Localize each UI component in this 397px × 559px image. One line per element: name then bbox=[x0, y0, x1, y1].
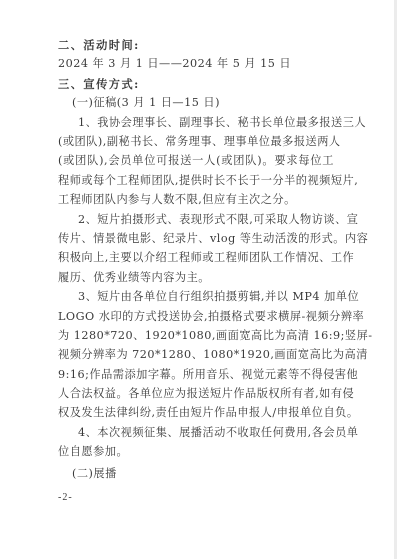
paragraph-4-line: 位自愿参加。 bbox=[58, 445, 334, 459]
paragraph-2-line: 2、短片拍摄形式、表现形式不限,可采取人物访谈、宣 bbox=[78, 213, 334, 227]
page-number: -2- bbox=[58, 492, 73, 503]
paragraph-3-line: 权及发生法律纠纷,责任由短片作品申报人/申报单位自负。 bbox=[58, 406, 334, 420]
paragraph-1-line: 1、我协会理事长、副理事长、秘书长单位最多报送三人 bbox=[78, 116, 334, 130]
paragraph-4-line: 4、本次视频征集、展播活动不收取任何费用,各会员单 bbox=[78, 426, 334, 440]
paragraph-1-line: 工程师团队内参与人数不限,但应有主次之分。 bbox=[58, 193, 334, 207]
paragraph-1-line: (或团队),副秘书长、常务理事、理事单位最多报送两人 bbox=[58, 135, 334, 149]
paragraph-3-line: 9:16;作品需添加字幕。所用音乐、视觉元素等不得侵害他 bbox=[58, 368, 334, 382]
paragraph-2-line: 履历、优秀业绩等内容为主。 bbox=[58, 271, 334, 285]
subheading-broadcast: (二)展播 bbox=[72, 467, 334, 481]
paragraph-1-line: 程师或每个工程师团队,提供时长不长于一分半的视频短片, bbox=[58, 174, 334, 188]
paragraph-3-line: 视频分辨率为 720*1280、1080*1920,画面宽高比为高清 bbox=[58, 348, 334, 362]
paragraph-1-line: (或团队),会员单位可报送一人(或团队)。要求每位工 bbox=[58, 154, 334, 168]
paragraph-2-line: 积极向上,主要以介绍工程师或工程师团队工作情况、工作 bbox=[58, 251, 334, 265]
section-heading-promotion: 三、宣传方式: bbox=[58, 77, 334, 91]
section-heading-activity-time: 二、活动时间: bbox=[58, 38, 334, 52]
paragraph-3-line: 人合法权益。各单位应为报送短片作品版权所有者,如有侵 bbox=[58, 387, 334, 401]
document-page: 二、活动时间: 2024 年 3 月 1 日——2024 年 5 月 15 日 … bbox=[0, 0, 394, 559]
paragraph-3-line: 为 1280*720、1920*1080,画面宽高比为高清 16:9;竖屏- bbox=[58, 329, 334, 343]
paragraph-2-line: 传片、情景微电影、纪录片、vlog 等生动活泼的形式。内容 bbox=[58, 232, 334, 246]
paragraph-3-line: LOGO 水印的方式投送协会,拍摄格式要求横屏-视频分辨率 bbox=[58, 310, 334, 324]
subheading-submission: (一)征稿(3 月 1 日—15 日) bbox=[72, 96, 334, 110]
paragraph-3-line: 3、短片由各单位自行组织拍摄剪辑,并以 MP4 加单位 bbox=[78, 290, 334, 304]
activity-dates: 2024 年 3 月 1 日——2024 年 5 月 15 日 bbox=[58, 57, 334, 71]
